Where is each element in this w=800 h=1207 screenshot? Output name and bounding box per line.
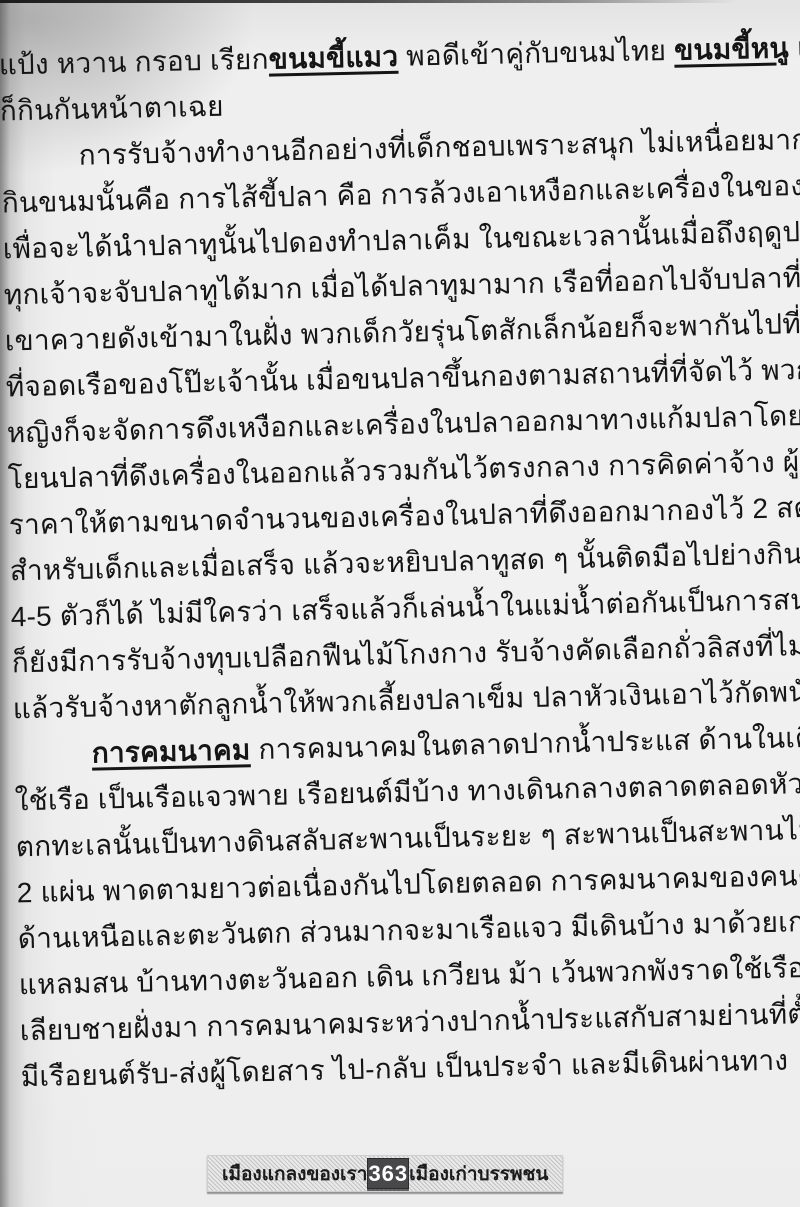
text-segment: พอดีเข้าคู่กับขนมไทย [398, 35, 675, 72]
text-block: แป้ง หวาน กรอบ เรียกขนมขี้แมว พอดีเข้าคู… [0, 26, 789, 1101]
footer-right-label: เมืองเก่าบรรพชน [409, 1159, 548, 1189]
underlined-term: การคมนาคม [91, 734, 250, 768]
text-segment: มีเรือยนต์รับ-ส่งผู้โดยสาร ไป-กลับ เป็นป… [20, 1045, 788, 1093]
page-number-box: 363 [367, 1158, 409, 1189]
text-segment: แป้ง หวาน กรอบ เรียก [0, 44, 269, 81]
text-segment: ก็กินกันหน้าตาเฉย [0, 91, 224, 127]
underlined-term: ขนมขี้หนู [674, 32, 789, 65]
footer-bar: เมืองแกลงของเรา 363 เมืองเก่าบรรพชน [207, 1155, 563, 1192]
scan-top-shadow [0, 0, 800, 3]
page-number: 363 [368, 1161, 408, 1187]
text-segment: การคมนาคมในตลาดปากน้ำประแส ด้านในเดิน ด้… [250, 719, 800, 766]
underlined-term: ขนมขี้แมว [268, 41, 398, 75]
footer-left-label: เมืองแกลงของเรา [222, 1159, 367, 1189]
text-segment: แต่คนไทย [788, 29, 800, 63]
scanned-book-page: { "document": { "language": "th", "lines… [0, 0, 800, 1207]
